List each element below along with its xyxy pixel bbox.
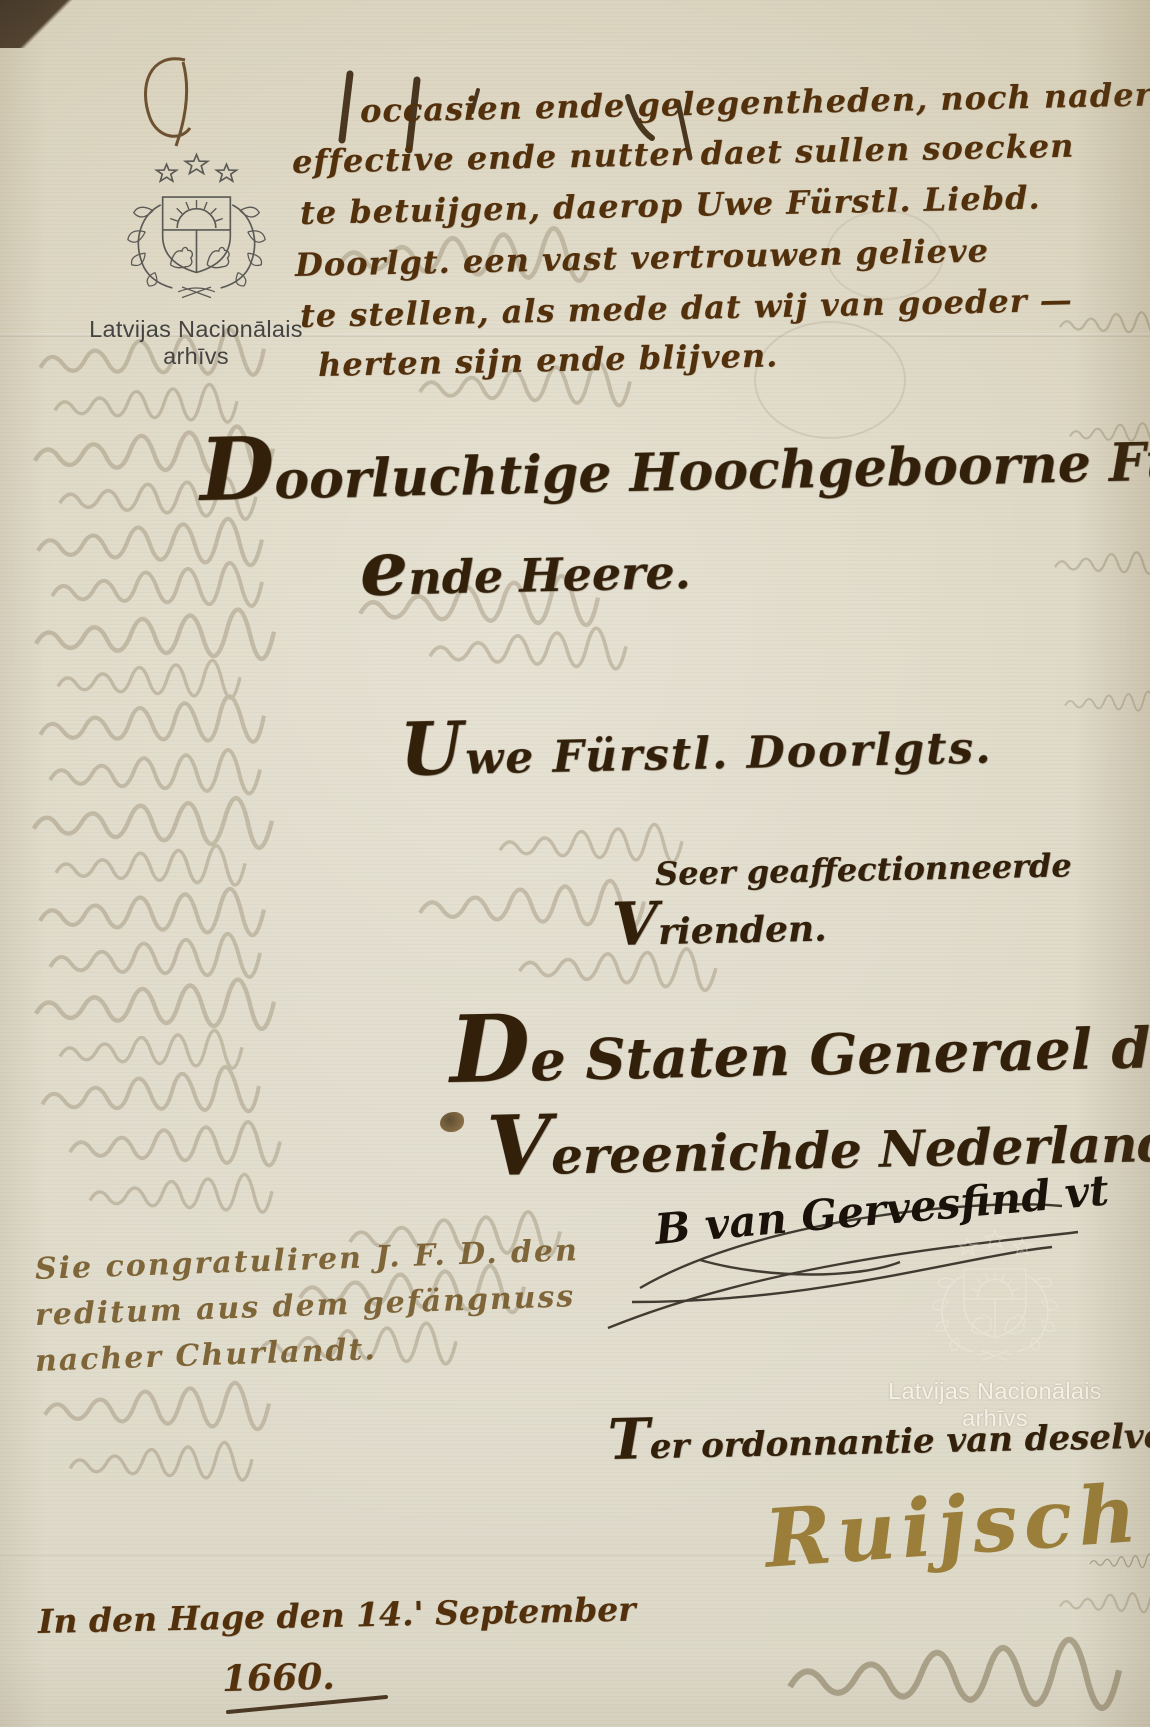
archive-watermark-bottom-right: Latvijas Nacionālais arhīvs (860, 1222, 1130, 1432)
body-line-6: herten sijn ende blijven. (318, 336, 779, 384)
sender-line-1: De Staten Generael der (449, 1014, 1150, 1096)
body-line-3: te betuijgen, daerop Uwe Fürstl. Liebd. (300, 178, 1041, 232)
margin-note-line-2: reditum aus dem gefängnuss (34, 1279, 575, 1333)
archive-name-line2: arhīvs (62, 343, 330, 370)
body-line-4: Doorlgt. een vast vertrouwen gelieve (295, 231, 990, 284)
latvian-coat-of-arms-logo-light (929, 1222, 1061, 1374)
dateline-place: In den Hage den 14.' September (38, 1589, 636, 1641)
manuscript-page: Latvijas Nacionālais arhīvs occasien end… (0, 0, 1150, 1727)
margin-note-line-1: Sie congratuliren J. F. D. den (34, 1233, 579, 1287)
ink-blot (440, 1112, 464, 1132)
margin-note-line-3: nacher Churlandt. (34, 1332, 377, 1379)
address-line: Uwe Fürstl. Doorlgts. (399, 723, 992, 786)
body-line-2: effective ende nutter daet sullen soecke… (292, 127, 1075, 181)
page-corner-shadow (0, 0, 98, 48)
salutation-line-2: ende Heere. (359, 545, 691, 606)
secretary-signature: Ruijsch (762, 1466, 1146, 1586)
valediction-line-1: Seer geaffectionneerde (655, 846, 1072, 893)
body-line-5: te stellen, als mede dat wij van goeder … (300, 281, 1073, 335)
archive-name-line2: arhīvs (860, 1405, 1130, 1432)
salutation-line-1: Doorluchtige Hoochgeboorne Furst (199, 430, 1150, 513)
archive-name-line1: Latvijas Nacionālais (860, 1378, 1130, 1405)
latvian-coat-of-arms-logo (124, 146, 269, 312)
pen-flourish (145, 59, 190, 146)
body-line-1: occasien ende gelegentheden, noch nader (360, 75, 1150, 130)
archive-watermark-top-left: Latvijas Nacionālais arhīvs (62, 146, 330, 370)
dateline-year: 1660. (222, 1656, 336, 1700)
valediction-line-2: Vrienden. (612, 908, 827, 954)
archive-name-line1: Latvijas Nacionālais (62, 316, 330, 343)
